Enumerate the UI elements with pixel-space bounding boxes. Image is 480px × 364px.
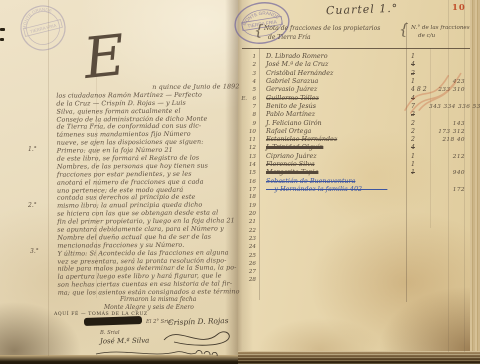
table-row: 25 <box>238 252 468 260</box>
page-edge-stack-bottom <box>238 351 480 364</box>
row-number: 24 <box>247 243 259 251</box>
table-row: 12J. Trinidad Olguín4 <box>238 143 468 151</box>
row-annotation-numbers: 172 <box>453 186 468 194</box>
table-row: 20 <box>238 210 468 218</box>
row-owner-name: Guillermo Téllez <box>259 94 405 102</box>
row-number: 7 <box>247 103 259 111</box>
table-row: 24 <box>238 243 468 251</box>
row-number: 12 <box>247 144 259 152</box>
table-row: 22 <box>238 227 468 235</box>
closing-line: Firmaron la misma fecha <box>120 296 196 303</box>
row-number: 4 <box>247 78 259 86</box>
signature-flourish <box>160 328 238 348</box>
table-row: 16Sebastián de Buenaventura <box>238 177 468 185</box>
table-row: 15Margarito Tapia1940 <box>238 168 468 176</box>
row-margin-mark: E. <box>238 95 247 103</box>
header-brace: { <box>399 20 409 38</box>
row-number: 14 <box>247 161 259 169</box>
row-number: 22 <box>247 227 259 235</box>
row-owner-name: D. Librado Romero <box>259 52 405 60</box>
table-row: 13Cipriano Juárez1212 <box>238 152 468 160</box>
folio-title: Cuartel 1.° <box>326 2 399 18</box>
row-owner-name: — y Hernández la familia 402 — — — <box>259 185 405 193</box>
row-number: 6 <box>247 95 259 103</box>
row-number: 23 <box>247 235 259 243</box>
row-owner-name: J. Feliciano Girón <box>259 119 405 127</box>
row-fraction-count: 2 <box>405 136 429 144</box>
table-row: 18 <box>238 193 468 201</box>
table-row: 1D. Librado Romero1 <box>238 52 468 60</box>
row-fraction-count: 2 <box>405 128 429 136</box>
row-owner-name: Gabriel Sarazua <box>259 77 405 85</box>
row-annotation-numbers: 940 <box>453 169 468 177</box>
row-number: 21 <box>247 218 259 226</box>
row-owner-name: J. Trinidad Olguín <box>259 143 405 151</box>
table-row: 26 <box>238 260 468 268</box>
row-annotation-numbers: 212 <box>453 153 468 161</box>
row-number: 25 <box>247 252 259 260</box>
row-number: 3 <box>247 70 259 78</box>
row-owner-name: Benito de Jesús <box>259 102 405 110</box>
row-number: 27 <box>247 268 259 276</box>
row-number: 28 <box>247 276 259 284</box>
row-owner-name: Gervasio Juárez <box>259 85 405 93</box>
row-number: 11 <box>247 136 259 144</box>
manuscript-text-block: n quince de Junio de 1892los ciudadanos … <box>56 83 237 297</box>
row-owner-name: Florencio Silva <box>259 160 405 168</box>
table-header-col1-line2: de Tierra Fría <box>268 34 311 41</box>
table-row: 21 <box>238 218 468 226</box>
table-header-col2-line2: de c/u <box>418 33 435 39</box>
table-row: 14Florencio Silva1 <box>238 160 468 168</box>
table-header-rule <box>242 48 470 49</box>
binding-mark <box>0 28 5 31</box>
row-fraction-count: 1 <box>405 153 429 161</box>
row-number: 26 <box>247 260 259 268</box>
row-owner-name: Margarito Tapia <box>259 168 405 176</box>
red-pencil-scribble <box>398 58 469 124</box>
closing-line: Monte Alegre y seis de Enero <box>104 304 194 311</box>
table-row: 23 <box>238 235 468 243</box>
b-srial-line: B. Srial <box>100 330 120 336</box>
table-header-col2-line1: N.° de las fracciones <box>411 25 470 31</box>
row-number: 10 <box>247 128 259 136</box>
row-number: 8 <box>247 111 259 119</box>
row-owner-name: Sebastián de Buenaventura <box>259 177 405 185</box>
row-owner-name: Pablo Martínez <box>259 110 405 118</box>
signature-flourish <box>92 346 220 360</box>
row-annotation-numbers: 173 312 <box>438 128 468 136</box>
margin-paragraph-number: 2.° <box>28 202 37 209</box>
page-number: 10 <box>452 3 466 13</box>
row-owner-name: Estanislao Hernández <box>259 135 405 143</box>
table-row: 10Rafael Ortega2173 312 <box>238 127 468 135</box>
binding-mark <box>0 38 4 41</box>
row-number: 2 <box>247 61 259 69</box>
margin-paragraph-number: 1.° <box>28 146 37 153</box>
page-edge-stack-right <box>470 0 480 358</box>
row-annotation-numbers: 218 40 <box>442 136 468 144</box>
row-number: 15 <box>247 169 259 177</box>
header-brace: { <box>254 21 264 39</box>
row-number: 9 <box>247 120 259 128</box>
row-number: 1 <box>247 53 259 61</box>
table-row: 28 <box>238 276 468 284</box>
row-fraction-count: 4 <box>405 144 429 152</box>
signature-jose-silva: José M.ª Silva <box>100 337 149 346</box>
table-row: 27 <box>238 268 468 276</box>
drop-cap-initial: E <box>81 28 128 88</box>
row-owner-name: Rafael Ortega <box>259 127 405 135</box>
row-owner-name: Cipriano Juárez <box>259 152 405 160</box>
table-row: 11Estanislao Hernández2218 40 <box>238 135 468 143</box>
row-number: 5 <box>247 86 259 94</box>
row-number: 20 <box>247 210 259 218</box>
scanned-ledger-book: MONTE GRANDE TIERRA FRIA MONTE GRANDE TI… <box>0 0 480 364</box>
row-number: 13 <box>247 153 259 161</box>
row-owner-name: José M.ª de la Cruz <box>259 60 405 68</box>
table-row: 17— y Hernández la familia 402 — — —172 <box>238 185 468 193</box>
table-header-col1-line1: Nota de fracciones de los propietarios <box>264 25 380 32</box>
row-fraction-count: 1 <box>405 169 429 177</box>
row-fraction-count: 1 <box>405 161 429 169</box>
row-number: 19 <box>247 202 259 210</box>
stamp-banner-text: TIERRA FRIA <box>29 23 57 34</box>
row-number: 18 <box>247 193 259 201</box>
row-owner-name: Cristóbal Hernández <box>259 69 405 77</box>
row-number: 16 <box>247 178 259 186</box>
row-fraction-count: 2 <box>405 120 429 128</box>
margin-paragraph-number: 3.° <box>30 248 39 255</box>
table-row: 19 <box>238 202 468 210</box>
